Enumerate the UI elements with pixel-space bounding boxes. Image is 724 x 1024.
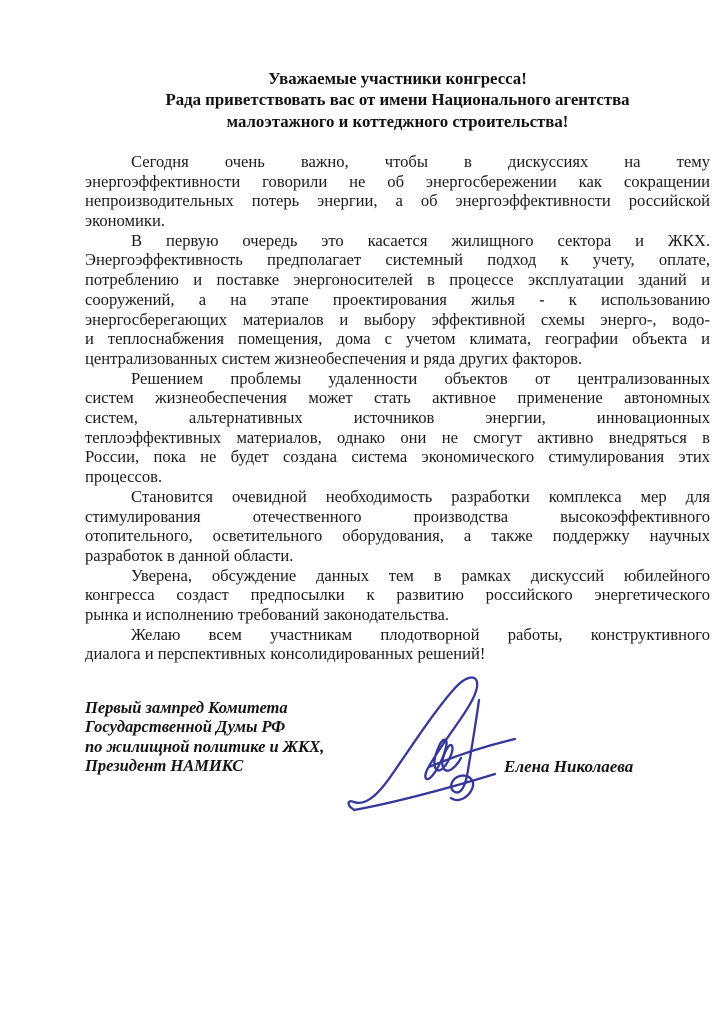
- letter-page: Уважаемые участники конгресса! Рада прив…: [0, 0, 724, 1024]
- paragraph-line: Уверена, обсуждение данных тем в рамках …: [85, 566, 710, 586]
- paragraph-line: Решением проблемы удаленности объектов о…: [85, 369, 710, 389]
- letter-content: Уважаемые участники конгресса! Рада прив…: [85, 68, 710, 664]
- heading-line: малоэтажного и коттеджного строительства…: [85, 111, 710, 132]
- letter-body: Сегодня очень важно, чтобы в дискуссиях …: [85, 152, 710, 664]
- handwritten-signature-icon: [343, 670, 525, 822]
- paragraph-line: энергосберегающих материалов и выбору эф…: [85, 310, 710, 330]
- paragraph-line: отопительного, осветительного оборудован…: [85, 526, 710, 546]
- signatory-title-line: Первый зампред Комитета: [85, 698, 324, 717]
- paragraph-line: рынка и исполнению требований законодате…: [85, 605, 710, 625]
- paragraph-line: России, пока не будет создана система эк…: [85, 447, 710, 467]
- paragraph-line: процессов.: [85, 467, 710, 487]
- paragraph-line: и теплоснабжения помещения, дома с учето…: [85, 329, 710, 349]
- signatory-title-line: Государственной Думы РФ: [85, 717, 324, 736]
- heading-line: Рада приветствовать вас от имени Национа…: [85, 89, 710, 110]
- heading-line: Уважаемые участники конгресса!: [85, 68, 710, 89]
- letter-heading: Уважаемые участники конгресса! Рада прив…: [85, 68, 710, 132]
- paragraph-line: диалога и перспективных консолидированны…: [85, 644, 710, 664]
- paragraph-line: конгресса создаст предпосылки к развитию…: [85, 585, 710, 605]
- signatory-title-line: Президент НАМИКС: [85, 756, 324, 775]
- paragraph-line: разработок в данной области.: [85, 546, 710, 566]
- paragraph-line: энергоэффективности говорили не об энерг…: [85, 172, 710, 192]
- paragraph-line: потреблению и поставке энергоносителей в…: [85, 270, 710, 290]
- paragraph-line: систем жизнеобеспечения может стать акти…: [85, 388, 710, 408]
- signature-section: Первый зампред Комитета Государственной …: [85, 698, 710, 838]
- paragraph-line: Энергоэффективность предполагает системн…: [85, 250, 710, 270]
- paragraph-line: Сегодня очень важно, чтобы в дискуссиях …: [85, 152, 710, 172]
- paragraph-line: систем, альтернативных источников энерги…: [85, 408, 710, 428]
- signatory-title-line: по жилищной политике и ЖКХ,: [85, 737, 324, 756]
- paragraph-line: В первую очередь это касается жилищного …: [85, 231, 710, 251]
- paragraph-line: сооружений, а на этапе проектирования жи…: [85, 290, 710, 310]
- paragraph-line: централизованных систем жизнеобеспечения…: [85, 349, 710, 369]
- signatory-name: Елена Николаева: [504, 757, 633, 777]
- paragraph-line: стимулирования отечественного производст…: [85, 507, 710, 527]
- paragraph-line: Становится очевидной необходимость разра…: [85, 487, 710, 507]
- signatory-title-block: Первый зампред Комитета Государственной …: [85, 698, 324, 775]
- paragraph-line: Желаю всем участникам плодотворной работ…: [85, 625, 710, 645]
- paragraph-line: непроизводительных потерь энергии, а об …: [85, 191, 710, 211]
- paragraph-line: экономики.: [85, 211, 710, 231]
- paragraph-line: теплоэффективных материалов, однако они …: [85, 428, 710, 448]
